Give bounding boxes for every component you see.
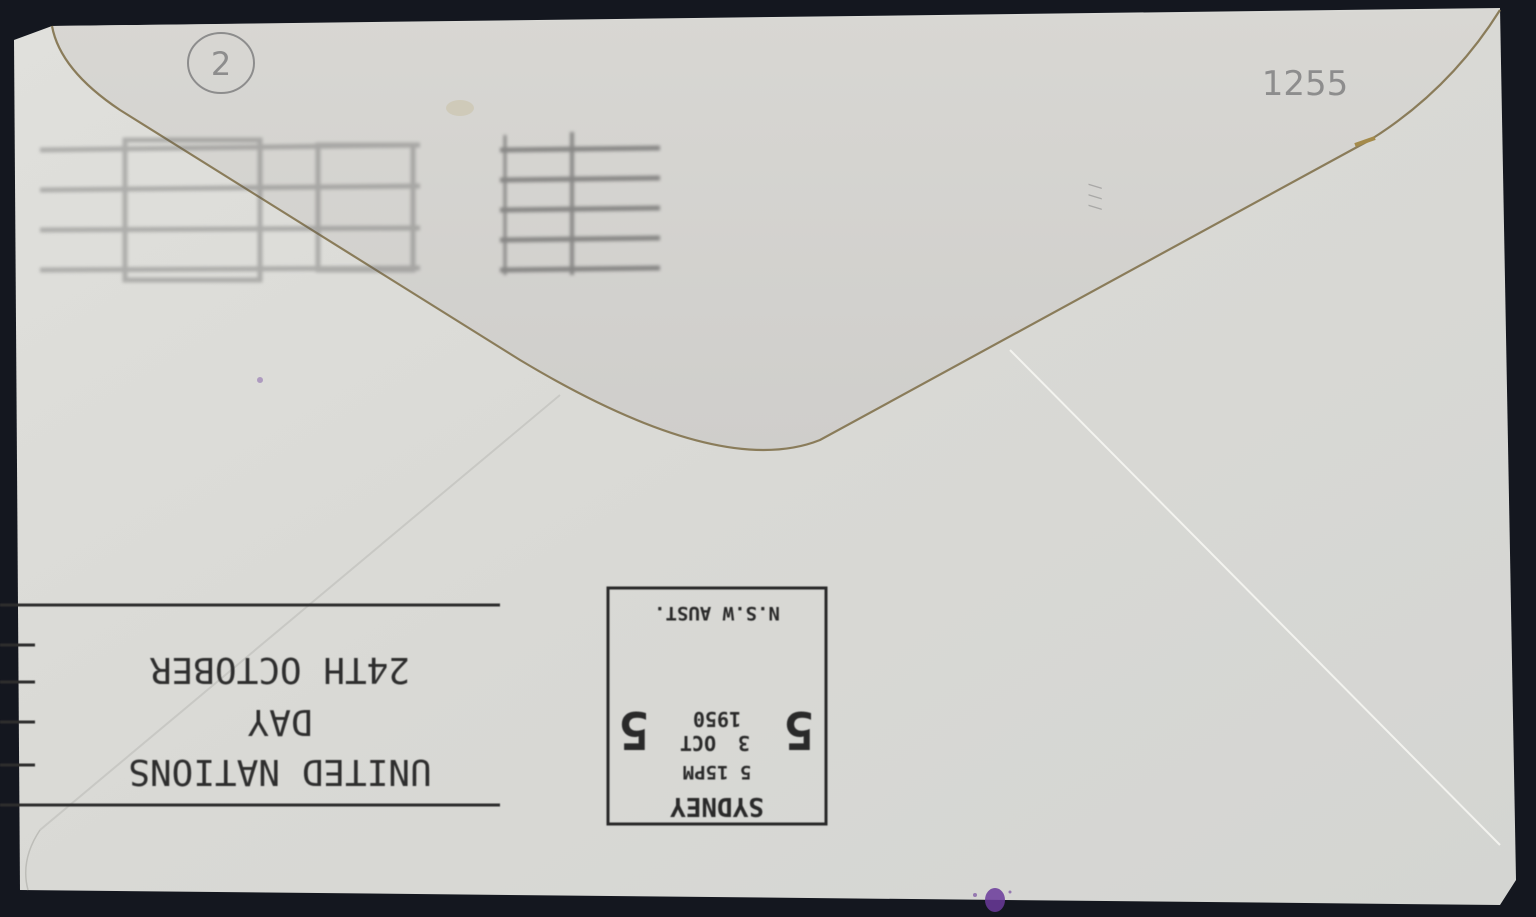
postmark-city: SYDNEY (670, 791, 764, 821)
postmark-time: 5 15PM (683, 761, 752, 783)
postmark-month: OCT (680, 731, 716, 755)
slogan-line-3: 24TH OCTOBER (150, 649, 410, 690)
postmark-year: 1950 (693, 707, 741, 731)
svg-text:2: 2 (211, 45, 231, 83)
postmark-side-number-left: 5 (783, 699, 814, 759)
stain-mark (446, 100, 474, 116)
postmark-side-number-right: 5 (618, 699, 649, 759)
envelope-photo: 2 1255 / / / SYDNEY 5 15PM 5 5 3 OCT 195… (0, 0, 1536, 917)
envelope-illustration: 2 1255 / / / SYDNEY 5 15PM 5 5 3 OCT 195… (0, 0, 1536, 917)
postmark-region: N.S.W AUST. (654, 602, 780, 624)
pencil-faint-mark: / / / (1085, 183, 1104, 210)
slogan-line-2: DAY (247, 701, 312, 742)
pencil-catalog-number: 1255 (1262, 64, 1349, 104)
postmark-day: 3 (738, 731, 750, 755)
slogan-line-1: UNITED NATIONS (128, 751, 431, 792)
